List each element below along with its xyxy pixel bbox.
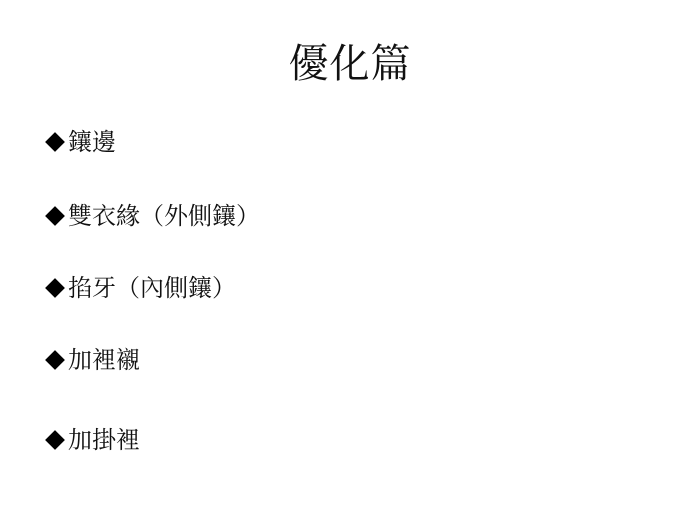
list-item-label: 雙衣緣（外側鑲）	[68, 200, 260, 232]
list-item: 掐牙（內側鑲）	[44, 272, 236, 304]
list-item-label: 鑲邊	[68, 126, 116, 158]
diamond-bullet-icon	[45, 206, 65, 226]
list-item: 加掛裡	[44, 424, 140, 456]
diamond-bullet-icon	[45, 132, 65, 152]
list-item-label: 加裡襯	[68, 344, 140, 376]
diamond-bullet-icon	[45, 430, 65, 450]
diamond-bullet-icon	[45, 278, 65, 298]
list-item: 鑲邊	[44, 126, 116, 158]
list-item-label: 掐牙（內側鑲）	[68, 272, 236, 304]
list-item: 加裡襯	[44, 344, 140, 376]
diamond-bullet-icon	[45, 350, 65, 370]
slide-title: 優化篇	[0, 36, 700, 92]
list-item-label: 加掛裡	[68, 424, 140, 456]
list-item: 雙衣緣（外側鑲）	[44, 200, 260, 232]
